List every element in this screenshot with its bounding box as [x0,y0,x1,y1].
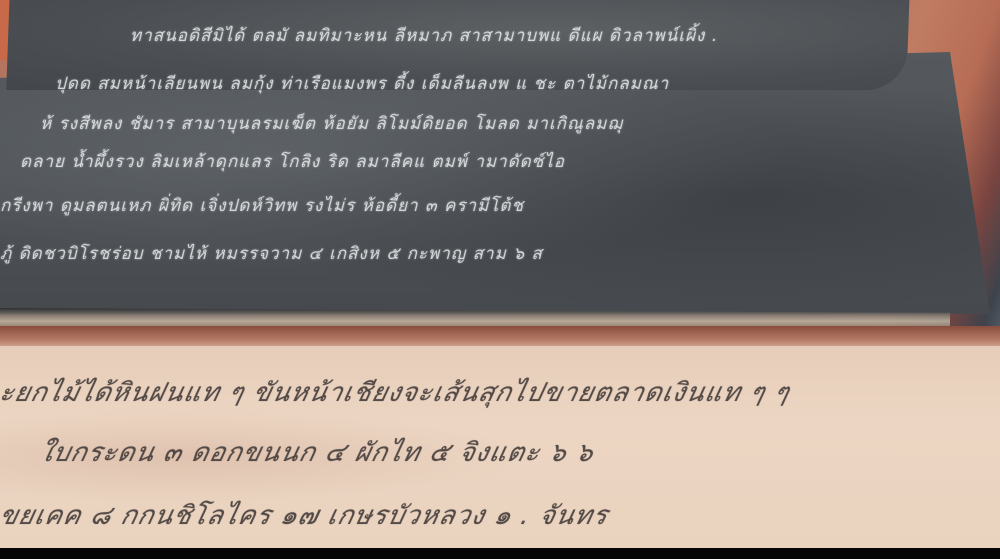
ink-text-line: ใบกระดน ๓ ดอกขนนก ๔ ผักไท ๕ จิงแตะ ๖ ๖ [36,432,599,473]
chalk-text-line: ทาสนอดิสีมิได้ ตลมั ลมทิมาะหน ลีหมาภ สาส… [130,22,718,49]
chalk-text-line: ภู้ ดิดชวบิโรชร่อบ ชามไห้ หมรรจวาม ๔ เกส… [0,240,543,267]
manuscript-photo: ทาสนอดิสีมิได้ ตลมั ลมทิมาะหน ลีหมาภ สาส… [0,0,1000,548]
ink-text-line: ขยเคค ๘ กกนชิโลไคร ๑๗ เกษรบัวหลวง ๑ . จั… [0,495,612,536]
black-letterbox-bar [0,548,1000,559]
chalk-text-line: ห้ รงสีพลง ชัมาร สามาบุนลรมเฆ็ต ห้อยัม ล… [40,110,623,137]
chalk-text-line: ดลาย น้ำผึ้งรวง ลิมเหล้าดุกแลร โกลิง ริด… [20,148,565,175]
chalk-text-line: กรีงพา ดูมลตนเหภ ผิ่ทิด เจิ่งปดห์วิทพ รง… [0,192,524,219]
chalk-text-line: ปุดด สมหน้าเลียนพน ลมกุ้ง ท่าเรือแมงพร ด… [55,70,669,97]
ink-text-line: ะยกไม้ได้หินฝนแท ๆ ขันหน้าเชียงจะเส้นสุก… [0,372,794,413]
